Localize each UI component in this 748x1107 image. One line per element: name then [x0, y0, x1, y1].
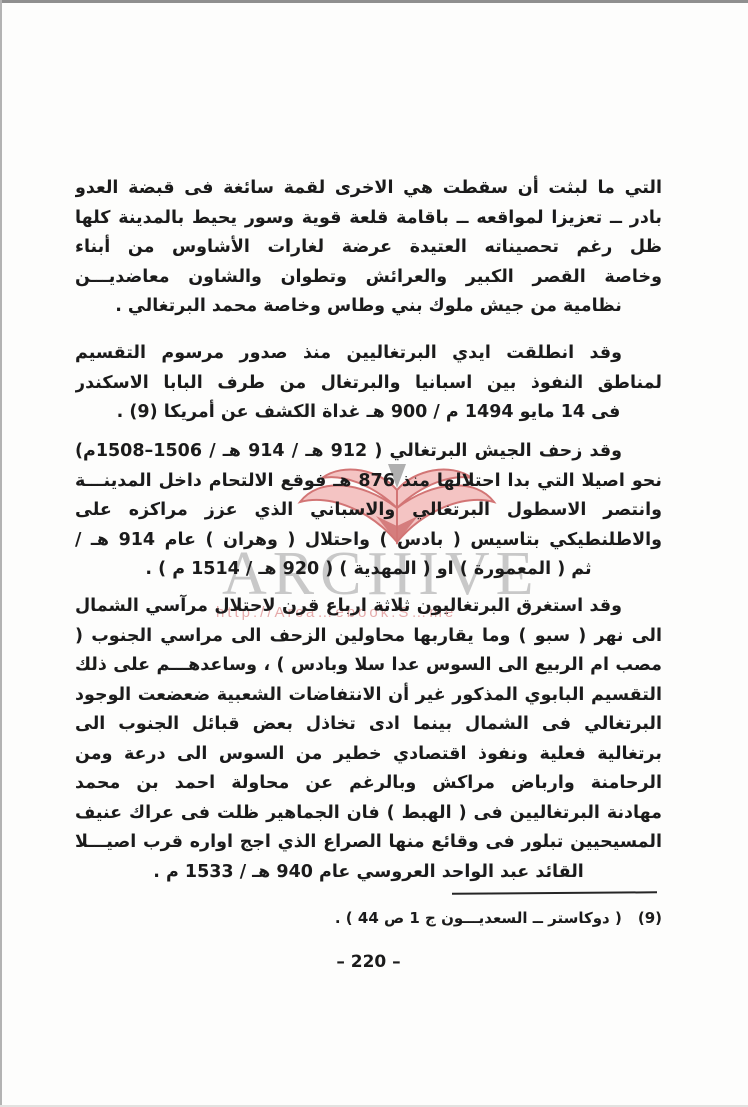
text-line: المسيحيين تبلور فى وقائع منها الصراع الذ… [75, 828, 662, 858]
text-line: وانتصر الاسطول البرتغالي والاسباني الذي … [75, 496, 662, 526]
text-line: فى 14 مايو 1494 م / 900 هـ غداة الكشف عن… [75, 398, 662, 428]
text-line: وقد انطلقت ايدي البرتغاليين منذ صدور مرس… [75, 339, 662, 369]
page-number: – 220 – [75, 952, 662, 972]
paragraph-1: التي ما لبثت أن سقطت هي الاخرى لقمة سائغ… [75, 174, 662, 322]
text-line: ظل رغم تحصيناته العتيدة عرضة لغارات الأش… [75, 233, 662, 263]
text-line: التي ما لبثت أن سقطت هي الاخرى لقمة سائغ… [75, 174, 662, 204]
text-line: ثم ( المعمورة ) او ( المهدية ) ( 920 هـ … [75, 555, 662, 585]
scanned-page: { "content": { "paragraphs": [ { "lines"… [0, 0, 748, 1107]
text-line: نظامية من جيش ملوك بني وطاس وخاصة محمد ا… [75, 292, 662, 322]
footnote-marker: (9) [638, 909, 662, 927]
text-line: القائد عبد الواحد العروسي عام 940 هـ / 1… [75, 858, 662, 888]
footnote-text: ( دوكاستر ــ السعديـــون ج 1 ص 44 ) . [335, 909, 622, 927]
paragraph-2: وقد انطلقت ايدي البرتغاليين منذ صدور مرس… [75, 339, 662, 428]
paragraph-4: وقد استغرق البرتغاليون ثلاثة ارباع قرن ل… [75, 592, 662, 887]
text-line: التقسيم البابوي المذكور غير أن الانتفاضا… [75, 681, 662, 711]
text-line: لمناطق النفوذ بين اسبانيا والبرتغال من ط… [75, 369, 662, 399]
footnote: (9)( دوكاستر ــ السعديـــون ج 1 ص 44 ) . [75, 906, 662, 930]
text-line: وخاصة القصر الكبير والعرائش وتطوان والشا… [75, 263, 662, 293]
text-line: مهادنة البرتغاليين فى ( الهبط ) فان الجم… [75, 799, 662, 829]
footnote-divider [452, 891, 657, 894]
paragraph-3: وقد زحف الجيش البرتغالي ( 912 هـ / 914 ه… [75, 437, 662, 585]
text-line: الرحامنة وارباض مراكش وبالرغم عن محاولة … [75, 769, 662, 799]
text-line: وقد استغرق البرتغاليون ثلاثة ارباع قرن ل… [75, 592, 662, 622]
text-line: مصب ام الربيع الى السوس عدا سلا وبادس ) … [75, 651, 662, 681]
page-content: التي ما لبثت أن سقطت هي الاخرى لقمة سائغ… [75, 0, 662, 1107]
text-line: وقد زحف الجيش البرتغالي ( 912 هـ / 914 ه… [75, 437, 662, 467]
text-line: الى نهر ( سبو ) وما يقاربها محاولين الزح… [75, 622, 662, 652]
text-line: نحو اصيلا التي بدا احتلالها منذ 876 هـ ف… [75, 467, 662, 497]
text-line: برتغالية فعلية ونفوذ اقتصادي خطير من الس… [75, 740, 662, 770]
text-line: بادر ــ تعزيزا لمواقعه ــ باقامة قلعة قو… [75, 204, 662, 234]
text-line: البرتغالي فى الشمال بينما ادى تخاذل بعض … [75, 710, 662, 740]
text-line: والاطلنطيكي بتاسيس ( بادس ) واحتلال ( وه… [75, 526, 662, 556]
